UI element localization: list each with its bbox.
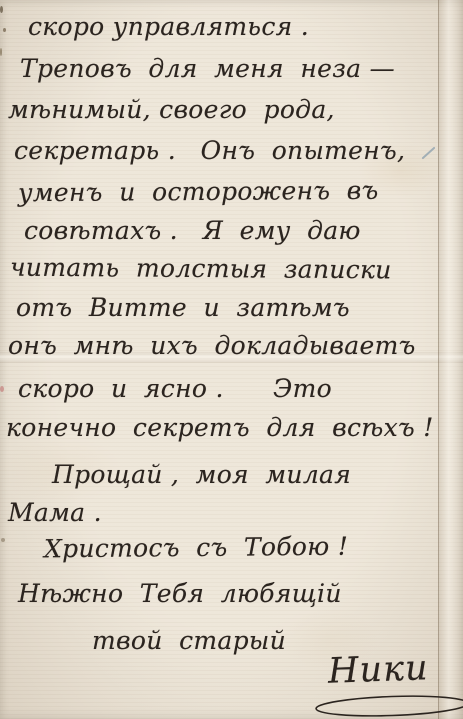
letter-line: мѣнимый, своего рода,: [8, 95, 335, 124]
paper-speck: [0, 48, 2, 56]
letter-line: твой старый: [92, 626, 286, 655]
letter-line: Христосъ съ Тобою !: [44, 532, 348, 564]
signature: Ники: [327, 648, 429, 691]
paper-speck: [3, 28, 6, 32]
letter-line: конечно секретъ для всѣхъ !: [6, 413, 434, 442]
letter-line: читать толстыя записки: [10, 253, 392, 285]
letter-line: совѣтахъ . Я ему даю: [24, 216, 361, 245]
letter-line: секретарь . Онъ опытенъ,: [14, 136, 405, 165]
letter-line: онъ мнѣ ихъ докладываетъ: [8, 331, 416, 360]
letter-line: скоро и ясно . Это: [18, 374, 332, 403]
letter-line: Треповъ для меня неза —: [20, 54, 395, 83]
paper-speck: [0, 386, 4, 392]
pencil-mark: [422, 147, 436, 160]
letter-line: Мама .: [8, 498, 102, 527]
page-edge: [438, 0, 463, 719]
letter-line: скоро управляться .: [28, 12, 309, 41]
signature-flourish: [312, 692, 463, 719]
letter-line: Прощай , моя милая: [52, 460, 351, 489]
paper-speck: [0, 6, 3, 13]
letter-page: скоро управляться . Треповъ для меня нез…: [0, 0, 463, 719]
letter-line: Нѣжно Тебя любящій: [18, 579, 342, 608]
letter-line: отъ Витте и затѣмъ: [16, 293, 350, 322]
letter-line: уменъ и остороженъ въ: [18, 176, 379, 208]
paper-speck: [1, 538, 5, 542]
